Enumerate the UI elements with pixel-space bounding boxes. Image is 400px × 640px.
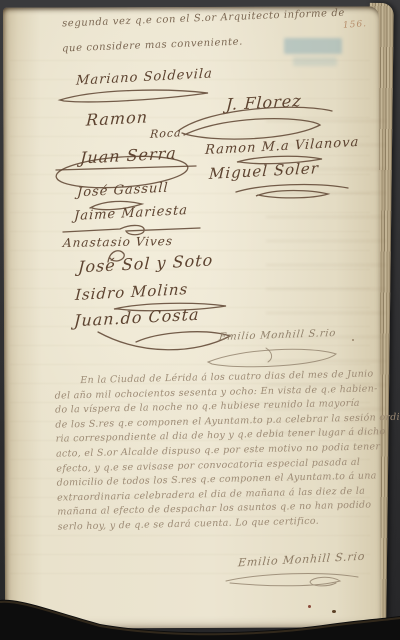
acta-paragraph: En la Ciudad de Lérida á los cuatro dias…	[54, 367, 380, 535]
signature-j-florez: J. Florez	[226, 91, 303, 114]
scan-bottom-shadow	[0, 588, 400, 640]
blue-stamp-bleedthrough-2	[293, 57, 337, 66]
paper-speck	[352, 339, 354, 341]
folio-number: 156.	[343, 19, 368, 31]
signature-ramon: Ramon	[86, 107, 149, 129]
blue-stamp-bleedthrough	[284, 38, 342, 54]
signature-roca: Roca	[150, 126, 182, 141]
signature-anastasio-vives: Anastasio Vives	[62, 234, 173, 250]
manuscript-scan: 156. segunda vez q.e con el S.or Arquite…	[0, 0, 400, 640]
